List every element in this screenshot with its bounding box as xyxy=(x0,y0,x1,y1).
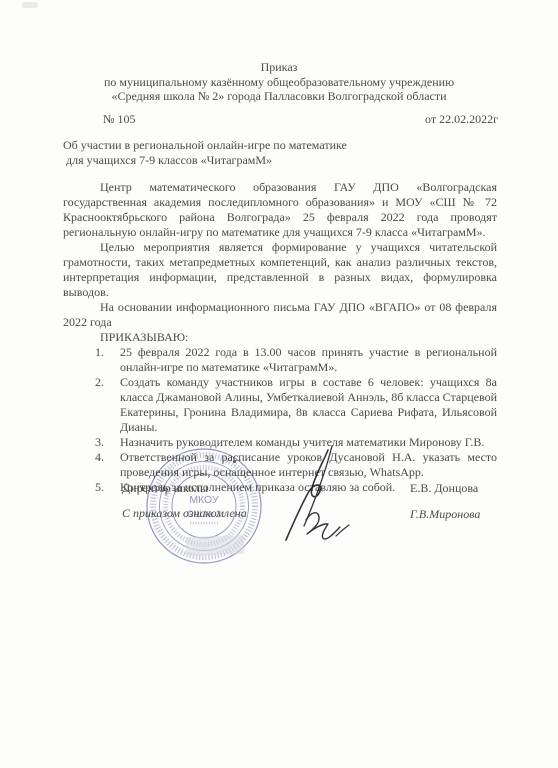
order-number: № 105 xyxy=(103,112,135,127)
document-title: Приказ xyxy=(0,60,558,75)
signature-block: МКОУ СШ № 2 Директор школы Е.В. Донцова … xyxy=(0,440,558,768)
stamp-faded-area xyxy=(186,535,245,556)
acknowledgement-label: С приказом ознакомлена xyxy=(122,506,247,521)
signatory-role-director: Директор школы xyxy=(122,481,208,496)
body-paragraph-2: Целью мероприятия является формирование … xyxy=(63,240,497,300)
organization-line-2: «Средняя школа № 2» города Палласовки Во… xyxy=(0,89,558,104)
order-item-text: Создать команду участников игры в состав… xyxy=(120,375,497,434)
order-item-text: 25 февраля 2022 года в 13.00 часов приня… xyxy=(120,345,497,374)
order-date: от 22.02.2022г xyxy=(425,112,498,127)
decree-word: ПРИКАЗЫВАЮ: xyxy=(63,330,497,345)
signature-scribble-icon xyxy=(268,440,360,552)
organization-line-1: по муниципальному казённому общеобразова… xyxy=(0,75,558,90)
subject-line-2: для учащихся 7-9 классов «ЧитаграмМ» xyxy=(63,153,497,168)
order-subject: Об участии в региональной онлайн-игре по… xyxy=(63,138,497,168)
number-date-row: № 105 от 22.02.2022г xyxy=(0,112,558,127)
scanned-order-document: Приказ по муниципальному казённому общео… xyxy=(0,0,558,768)
body-paragraph-1: Центр математического образования ГАУ ДП… xyxy=(63,180,497,240)
acknowledgement-name: Г.В.Миронова xyxy=(410,507,480,522)
signatory-name-director: Е.В. Донцова xyxy=(410,481,478,496)
scan-artifact-smudge xyxy=(22,2,38,8)
document-header: Приказ по муниципальному казённому общео… xyxy=(0,0,558,104)
order-item: Создать команду участников игры в состав… xyxy=(95,375,497,435)
body-paragraph-3: На основании информационного письма ГАУ … xyxy=(63,300,497,330)
subject-line-1: Об участии в региональной онлайн-игре по… xyxy=(63,138,497,153)
order-item: 25 февраля 2022 года в 13.00 часов приня… xyxy=(95,345,497,375)
